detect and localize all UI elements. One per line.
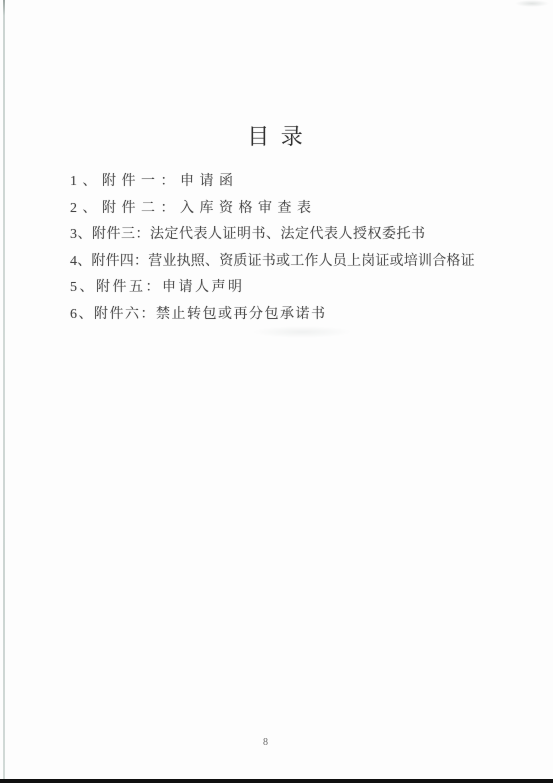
document-page: 目 录 1、附件一：申请函 2、附件二：入库资格审查表 3、附件三：法定代表人证… — [0, 0, 553, 783]
toc-item-attachment-1: 1、附件一：申请函 — [70, 169, 553, 196]
toc-title: 目 录 — [0, 126, 553, 148]
scan-smudge-top-right — [515, 0, 549, 7]
toc-item-attachment-6: 6、附件六：禁止转包或再分包承诺书 — [70, 302, 553, 329]
toc-item-attachment-5: 5、附件五：申请人声明 — [70, 275, 553, 302]
toc-item-attachment-4: 4、附件四：营业执照、资质证书或工作人员上岗证或培训合格证 — [70, 249, 553, 276]
scan-bottom-edge-line — [0, 779, 553, 783]
scan-smudge-below-list — [252, 326, 352, 338]
toc-item-attachment-3: 3、附件三：法定代表人证明书、法定代表人授权委托书 — [70, 222, 553, 249]
page-number: 8 — [0, 737, 542, 749]
toc-item-attachment-2: 2、附件二：入库资格审查表 — [70, 196, 553, 223]
scan-left-edge-line — [3, 0, 5, 783]
toc-list: 1、附件一：申请函 2、附件二：入库资格审查表 3、附件三：法定代表人证明书、法… — [70, 169, 553, 329]
